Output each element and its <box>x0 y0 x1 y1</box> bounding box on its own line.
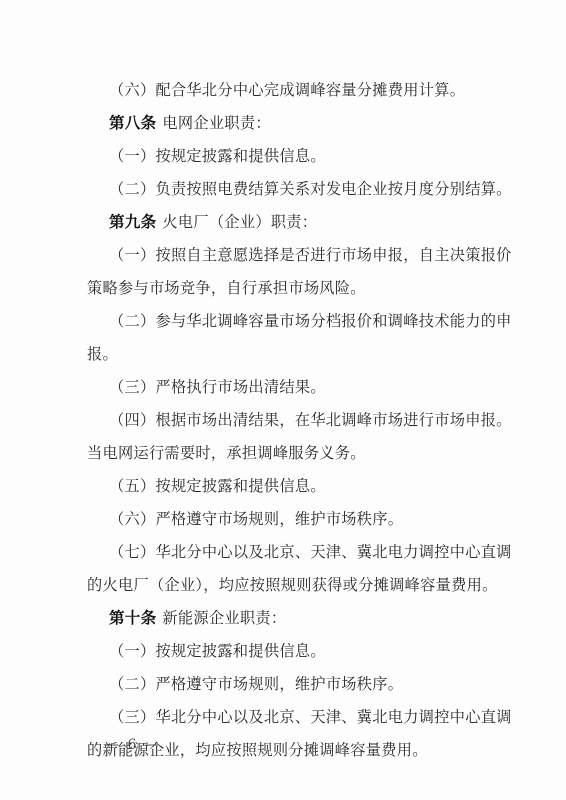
line-text: （二）严格遵守市场规则，维护市场秩序。 <box>109 675 403 693</box>
line-text: （六）配合华北分中心完成调峰容量分摊费用计算。 <box>109 81 465 99</box>
text-line: 当电网运行需要时，承担调峰服务义务。 <box>87 437 482 470</box>
line-text: （五）按规定披露和提供信息。 <box>109 477 326 495</box>
document-page: （六）配合华北分中心完成调峰容量分摊费用计算。第八条电网企业职责：（一）按规定披… <box>0 0 566 800</box>
line-text: （一）按规定披露和提供信息。 <box>109 642 326 660</box>
text-line: （二）严格遵守市场规则，维护市场秩序。 <box>87 668 482 701</box>
line-text: （二）负责按照电费结算关系对发电企业按月度分别结算。 <box>109 180 512 198</box>
text-line: （三）严格执行市场出清结果。 <box>87 371 482 404</box>
text-line: （七）华北分中心以及北京、天津、冀北电力调控中心直调 <box>87 536 482 569</box>
line-text: （二）参与华北调峰容量市场分档报价和调峰技术能力的申 <box>109 312 512 330</box>
line-text: （七）华北分中心以及北京、天津、冀北电力调控中心直调 <box>109 543 512 561</box>
text-line: 的火电厂（企业），均应按照规则获得或分摊调峰容量费用。 <box>87 569 482 602</box>
line-text: （四）根据市场出清结果，在华北调峰市场进行市场申报。 <box>109 411 512 429</box>
text-line: 报。 <box>87 338 482 371</box>
text-line: （二）负责按照电费结算关系对发电企业按月度分别结算。 <box>87 173 482 206</box>
article-number: 第八条 <box>109 114 156 132</box>
line-text: 策略参与市场竞争，自行承担市场风险。 <box>87 279 366 297</box>
line-text: 新能源企业职责： <box>162 609 286 627</box>
article-number: 第十条 <box>109 609 156 627</box>
line-text: （三）严格执行市场出清结果。 <box>109 378 326 396</box>
line-text: （三）华北分中心以及北京、天津、冀北电力调控中心直调 <box>109 708 512 726</box>
text-line: （六）配合华北分中心完成调峰容量分摊费用计算。 <box>87 74 482 107</box>
line-text: 报。 <box>87 345 118 363</box>
article-number: 第九条 <box>109 213 156 231</box>
text-line: （六）严格遵守市场规则，维护市场秩序。 <box>87 503 482 536</box>
line-text: 火电厂（企业）职责： <box>162 213 317 231</box>
line-text: （一）按规定披露和提供信息。 <box>109 147 326 165</box>
line-text: 电网企业职责： <box>162 114 270 132</box>
article-heading-line: 第十条新能源企业职责： <box>87 602 482 635</box>
page-number: — 6 — <box>105 737 161 753</box>
text-line: （五）按规定披露和提供信息。 <box>87 470 482 503</box>
line-text: （六）严格遵守市场规则，维护市场秩序。 <box>109 510 403 528</box>
text-line: （一）按规定披露和提供信息。 <box>87 140 482 173</box>
article-heading-line: 第九条火电厂（企业）职责： <box>87 206 482 239</box>
text-line: （四）根据市场出清结果，在华北调峰市场进行市场申报。 <box>87 404 482 437</box>
line-text: 的火电厂（企业），均应按照规则获得或分摊调峰容量费用。 <box>87 576 498 594</box>
text-line: （一）按规定披露和提供信息。 <box>87 635 482 668</box>
line-text: 当电网运行需要时，承担调峰服务义务。 <box>87 444 366 462</box>
line-text: （一）按照自主意愿选择是否进行市场申报，自主决策报价 <box>109 246 512 264</box>
text-line: 策略参与市场竞争，自行承担市场风险。 <box>87 272 482 305</box>
text-line: （三）华北分中心以及北京、天津、冀北电力调控中心直调 <box>87 701 482 734</box>
text-line: （二）参与华北调峰容量市场分档报价和调峰技术能力的申 <box>87 305 482 338</box>
document-body: （六）配合华北分中心完成调峰容量分摊费用计算。第八条电网企业职责：（一）按规定披… <box>87 74 482 767</box>
article-heading-line: 第八条电网企业职责： <box>87 107 482 140</box>
text-line: （一）按照自主意愿选择是否进行市场申报，自主决策报价 <box>87 239 482 272</box>
